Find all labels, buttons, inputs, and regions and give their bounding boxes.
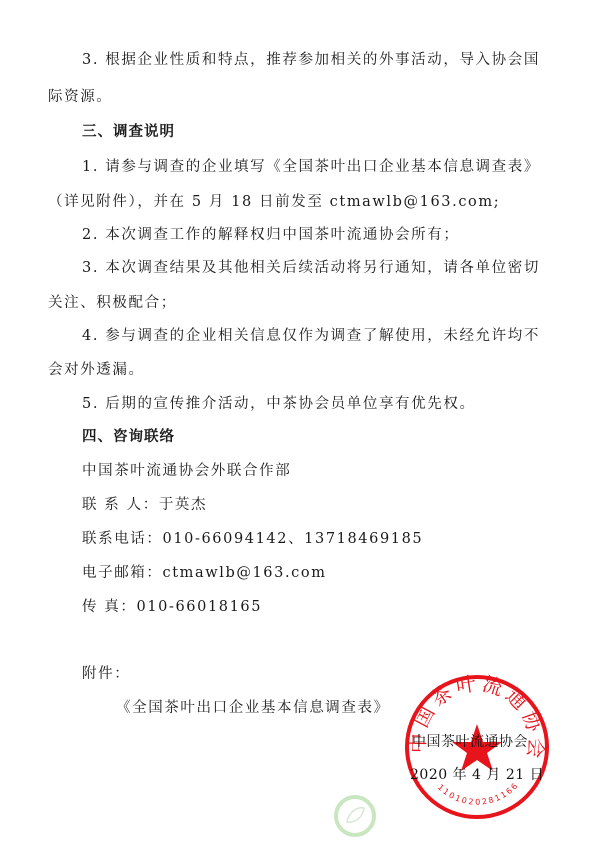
contact-phone: 联系电话：010-66094142、13718469185 (82, 530, 423, 548)
attachment-name: 《全国茶叶出口企业基本信息调查表》 (116, 699, 390, 717)
contact-fax: 传 真：010-66018165 (82, 598, 262, 616)
s3-item3-line1: 3. 本次调查结果及其他相关后续活动将另行通知，请各单位密切 (82, 259, 540, 277)
svg-text:1101020281166: 1101020281166 (436, 780, 521, 807)
s3-item2: 2. 本次调查工作的解释权归中国茶叶流通协会所有； (82, 226, 459, 244)
contact-person: 联 系 人：于英杰 (82, 496, 207, 514)
section3-title: 三、调查说明 (82, 123, 175, 141)
signature-org: 中国茶叶流通协会 (412, 734, 528, 750)
s3-item1-line1: 1. 请参与调查的企业填写《全国茶叶出口企业基本信息调查表》 (82, 158, 540, 176)
s3-item1-line2: （详见附件），并在 5 月 18 日前发至 ctmawlb@163.com; (48, 193, 500, 211)
contact-email: 电子邮箱：ctmawlb@163.com (82, 564, 327, 582)
s3-item4-line2: 会对外透漏。 (48, 361, 145, 379)
attachment-label: 附件： (82, 665, 130, 683)
signature-date: 2020 年 4 月 21 日 (410, 767, 544, 783)
s3-item5: 5. 后期的宣传推介活动，中茶协会员单位享有优先权。 (82, 395, 476, 413)
leaf-watermark-icon (333, 794, 377, 838)
item3-line1: 3. 根据企业性质和特点，推荐参加相关的外事活动，导入协会国 (82, 51, 540, 69)
s3-item3-line2: 关注、积极配合； (48, 294, 177, 312)
section4-title: 四、咨询联络 (82, 428, 175, 446)
s3-item4-line1: 4. 参与调查的企业相关信息仅作为调查了解使用，未经允许均不 (82, 327, 540, 345)
department: 中国茶叶流通协会外联合作部 (82, 462, 291, 480)
item3-line2: 际资源。 (48, 88, 112, 106)
